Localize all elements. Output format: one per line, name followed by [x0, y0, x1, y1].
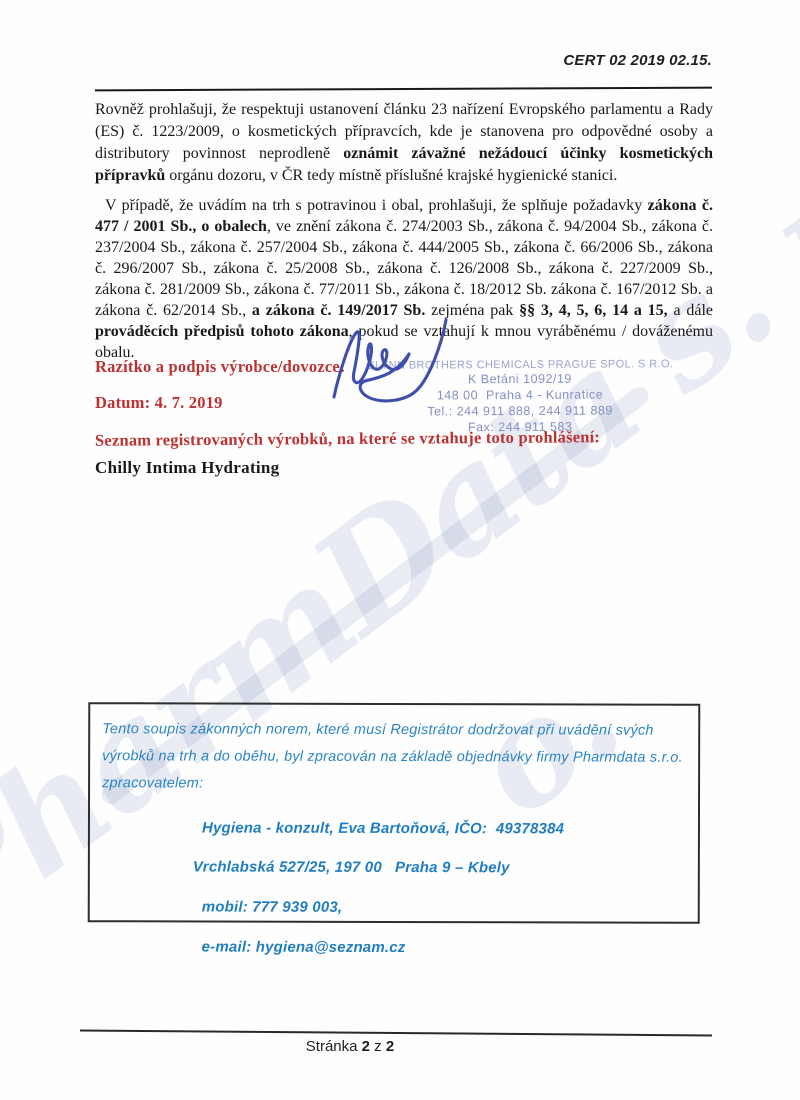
- paragraph-segment: a dále: [668, 302, 713, 319]
- page-number-total: 2: [386, 1038, 394, 1055]
- processor-address-line: Vrchlabská 527/25, 197 00 Praha 9 – Kbel…: [193, 858, 698, 876]
- page-number-separator: z: [370, 1038, 386, 1055]
- page-number-prefix: Stránka: [306, 1038, 362, 1055]
- paragraph-segment: V případě, že uvádím na trh s potravinou…: [105, 197, 648, 214]
- registrar-info-box: Tento soupis zákonných norem, které musí…: [88, 702, 701, 924]
- paragraph-segment: orgánu dozoru, v ČR tedy místně příslušn…: [165, 167, 617, 184]
- handwritten-signature: [328, 317, 478, 412]
- paragraph-segment-bold: §§ 3, 4, 5, 6, 14 a 15,: [519, 302, 668, 319]
- document-page: PharmData s. r. o. CERT 02 2019 02.15. R…: [0, 0, 800, 1100]
- paragraph-cosmetics-declaration: Rovněž prohlašuji, že respektuji ustanov…: [95, 99, 713, 187]
- page-number-current: 2: [362, 1038, 370, 1055]
- info-box-intro: Tento soupis zákonných norem, které musí…: [102, 716, 684, 799]
- date-label: Datum: 4. 7. 2019: [95, 393, 223, 413]
- page-number: Stránka 2 z 2: [240, 1038, 460, 1055]
- document-ref: CERT 02 2019 02.15.: [400, 52, 712, 69]
- stamp-signature-label: Razítko a podpis výrobce/dovozce:: [95, 357, 346, 377]
- paragraph-segment-bold: prováděcích předpisů tohoto zákona: [95, 323, 349, 340]
- processor-mobile-line: mobil: 777 939 003,: [202, 898, 698, 916]
- footer-rule: [80, 1030, 712, 1037]
- product-name: Chilly Intima Hydrating: [95, 458, 279, 478]
- stamp-fax: Fax: 244 911 583: [335, 418, 705, 436]
- processor-name-line: Hygiena - konzult, Eva Bartoňová, IČO: 4…: [202, 819, 698, 837]
- signature-scribble-icon: [328, 317, 478, 412]
- header-rule: [95, 87, 712, 92]
- processor-email-line: e-mail: hygiena@seznam.cz: [202, 938, 698, 956]
